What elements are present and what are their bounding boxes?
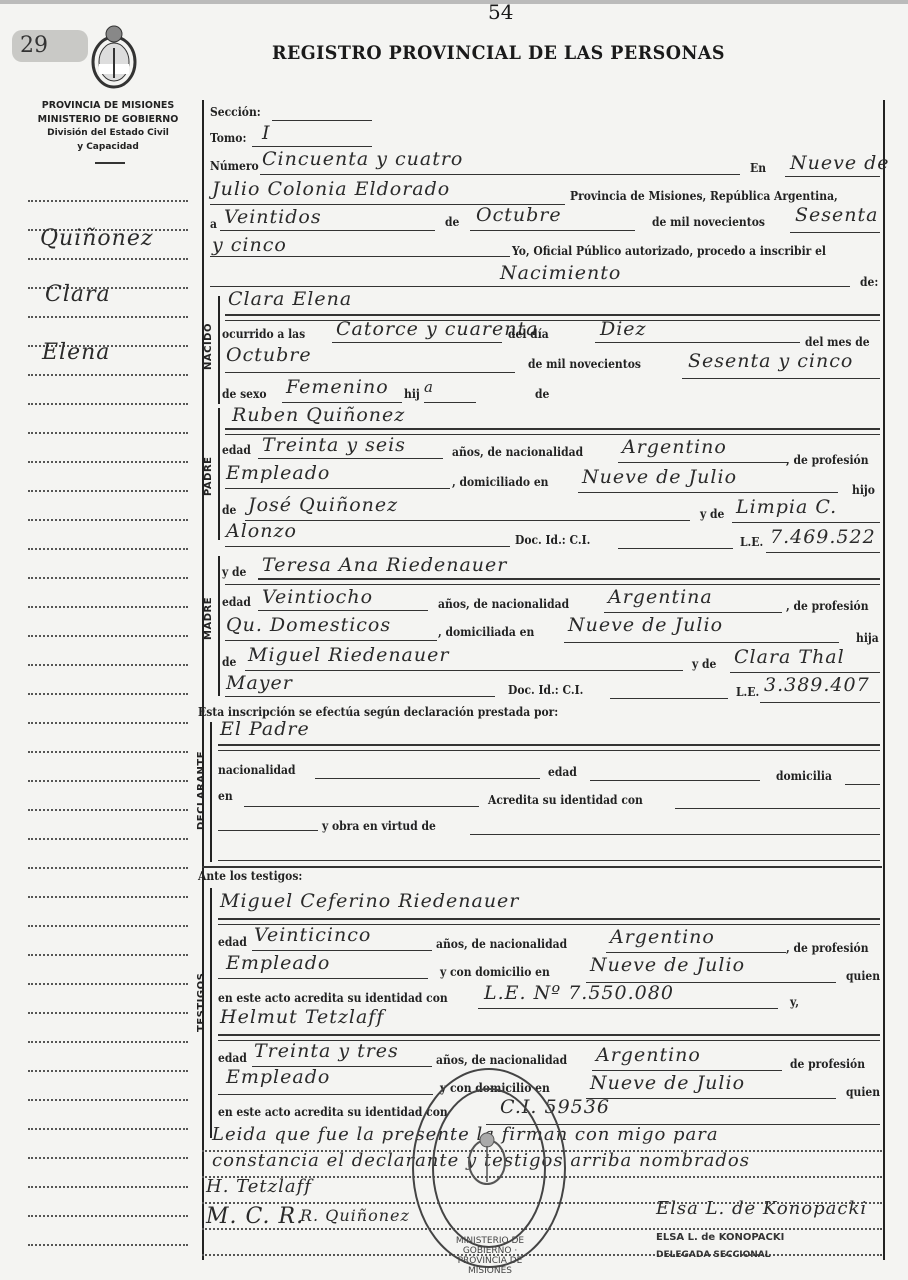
- margin-dotted-line: [28, 519, 188, 521]
- testigo1-domicilio-value: Nueve de Julio: [590, 954, 745, 976]
- testigo2-edad-label: edad: [218, 1050, 247, 1065]
- margin-dotted-line: [28, 548, 188, 550]
- madre-y-de2-label: y de: [692, 656, 716, 671]
- del-mes-label: del mes de: [805, 334, 870, 349]
- testigo1-domicilio-label: y con domicilio en: [440, 964, 550, 979]
- testigo1-nombre-field[interactable]: [218, 918, 880, 920]
- madre-nacionalidad-field[interactable]: [604, 612, 782, 613]
- testigos-section-label: TESTIGOS: [196, 973, 207, 1032]
- padre-nacionalidad-value: Argentino: [622, 436, 727, 458]
- frame-left: [202, 100, 204, 1260]
- hij-value: a: [424, 378, 434, 396]
- abuela-paterna-field-1[interactable]: [732, 522, 880, 523]
- sello-oficial-nombre: ELSA L. de KONOPACKI: [656, 1232, 784, 1243]
- padre-edad-label: edad: [222, 442, 251, 457]
- madre-domicilio-value: Nueve de Julio: [568, 614, 723, 636]
- testigo2-quien-label: quien: [846, 1084, 880, 1099]
- margin-dotted-line: [28, 461, 188, 463]
- margin-dotted-line: [28, 1215, 188, 1217]
- lugar-field-1[interactable]: [785, 176, 880, 177]
- padre-ci-field[interactable]: [618, 548, 733, 549]
- margin-dotted-line: [28, 577, 188, 579]
- testigo1-nacionalidad-field[interactable]: [606, 952, 786, 953]
- padre-section-label: PADRE: [203, 457, 214, 496]
- cierre-line-5: [202, 1254, 882, 1256]
- numero-field[interactable]: [260, 174, 740, 175]
- sexo-label: de sexo: [222, 386, 267, 401]
- madre-y-de-label: y de: [222, 564, 246, 579]
- declarante-en-label: en: [218, 788, 233, 803]
- testigo2-acredita-label: en este acto acredita su identidad con: [218, 1104, 448, 1119]
- padre-hijo-label: hijo: [852, 482, 875, 497]
- abuelo-materno-field[interactable]: [245, 670, 683, 671]
- margin-name-3: Elena: [42, 340, 110, 365]
- declarante-intro: Esta inscripción se efectúa según declar…: [198, 704, 558, 719]
- margin-dotted-line: [28, 1099, 188, 1101]
- madre-section-label: MADRE: [203, 597, 214, 640]
- madre-doc-label: Doc. Id.: C.I.: [508, 682, 583, 697]
- madre-de-label: de: [222, 654, 236, 669]
- testigo1-profesion-label: , de profesión: [786, 940, 869, 955]
- declarante-section-label: DECLARANTE: [196, 751, 207, 830]
- hora-field[interactable]: [332, 342, 502, 343]
- madre-nombre-field[interactable]: [258, 578, 880, 580]
- mes-value: Octubre: [476, 204, 562, 226]
- margin-dotted-line: [28, 983, 188, 985]
- anio-value-2: y cinco: [212, 234, 287, 256]
- nacido-nombre-field[interactable]: [225, 314, 880, 316]
- declarante-obra-field[interactable]: [470, 834, 880, 835]
- declarante-obra-label: y obra en virtud de: [322, 818, 436, 833]
- nacido-mil-label: de mil novecientos: [528, 356, 641, 371]
- de-colon-label: de:: [860, 274, 878, 289]
- testigo1-quien-label: quien: [846, 968, 880, 983]
- margin-dotted-line: [28, 896, 188, 898]
- margin-dotted-line: [28, 1041, 188, 1043]
- declarante-acredita-field[interactable]: [675, 808, 880, 809]
- padre-le-value: 7.469.522: [770, 526, 876, 548]
- testigo2-nacionalidad-field[interactable]: [592, 1070, 782, 1071]
- yo-text: Yo, Oficial Público autorizado, procedo …: [512, 243, 826, 258]
- margin-dotted-line: [28, 867, 188, 869]
- seal-text: MINISTERIO DE GOBIERNO · PROVINCIA DE MI…: [440, 1236, 540, 1276]
- nacido-nombre-value: Clara Elena: [228, 288, 352, 310]
- margin-name-2: Clara: [45, 282, 111, 307]
- madre-domicilio-field[interactable]: [564, 642, 839, 643]
- declarante-edad-label: edad: [548, 764, 577, 779]
- abuelo-paterno-value: José Quiñonez: [248, 494, 398, 516]
- abuelo-paterno-field[interactable]: [245, 520, 690, 521]
- testigo1-profesion-field[interactable]: [218, 978, 428, 979]
- padre-de-label: de: [222, 502, 236, 517]
- madre-edad-value: Veintiocho: [262, 586, 373, 608]
- ocurrido-label: ocurrido a las: [222, 326, 305, 341]
- testigo1-profesion-value: Empleado: [226, 952, 330, 974]
- margin-dotted-line: [28, 1070, 188, 1072]
- madre-profesion-label: , de profesión: [786, 598, 869, 613]
- abuela-materna-value-2: Mayer: [226, 672, 293, 694]
- margin-dotted-line: [28, 954, 188, 956]
- testigo1-nombre-value: Miguel Ceferino Riedenauer: [220, 890, 519, 912]
- firma-testigo-1: M. C. R.: [206, 1204, 304, 1229]
- testigo2-nombre-value: Helmut Tetzlaff: [220, 1006, 384, 1028]
- tomo-label: Tomo:: [210, 130, 246, 145]
- dia-field[interactable]: [220, 230, 435, 231]
- declarante-domicilia-field[interactable]: [845, 784, 880, 785]
- testigo1-edad-value: Veinticinco: [254, 924, 371, 946]
- madre-le-field[interactable]: [760, 702, 880, 703]
- testigo1-y-label: y,: [790, 994, 799, 1009]
- a-label: a: [210, 216, 217, 231]
- padre-le-field[interactable]: [766, 552, 880, 553]
- margin-dotted-line: [28, 200, 188, 202]
- testigo2-nombre-field[interactable]: [218, 1034, 880, 1036]
- document-title: REGISTRO PROVINCIAL DE LAS PERSONAS: [272, 42, 725, 64]
- margin-name-1: Quiñonez: [40, 226, 153, 251]
- hij-field[interactable]: [424, 402, 476, 403]
- mil-label: de mil novecientos: [652, 214, 765, 229]
- declarante-acredita-label: Acredita su identidad con: [488, 792, 643, 807]
- margin-dotted-line: [28, 403, 188, 405]
- padre-profesion-label: , de profesión: [786, 452, 869, 467]
- lugar-value-1: Nueve de: [790, 152, 890, 174]
- madre-edad-label: edad: [222, 594, 251, 609]
- abuela-paterna-value-2: Alonzo: [226, 520, 297, 542]
- sexo-field[interactable]: [282, 402, 402, 403]
- nacido-mes-value: Octubre: [226, 344, 312, 366]
- anio-field-2[interactable]: [210, 256, 510, 257]
- declarante-edad-field[interactable]: [590, 780, 760, 781]
- institution-line-4: y Capacidad: [18, 142, 198, 152]
- abuela-materna-value-1: Clara Thal: [734, 646, 845, 668]
- margin-dotted-line: [28, 693, 188, 695]
- abuela-materna-field-1[interactable]: [730, 672, 880, 673]
- madre-edad-field[interactable]: [258, 610, 428, 611]
- margin-dotted-line: [28, 490, 188, 492]
- madre-le-label: L.E.: [736, 684, 759, 699]
- madre-anios-label: años, de nacionalidad: [438, 596, 569, 611]
- declarante-nombre-value: El Padre: [220, 718, 310, 740]
- declarante-bottom-rule: [202, 866, 882, 868]
- testigo2-profesion-label: de profesión: [790, 1056, 865, 1071]
- declarante-double-line: [218, 750, 880, 751]
- provincia-text: Provincia de Misiones, República Argenti…: [570, 188, 838, 203]
- margin-dotted-line: [28, 1157, 188, 1159]
- madre-hija-label: hija: [856, 630, 879, 645]
- padre-domicilio-value: Nueve de Julio: [582, 466, 737, 488]
- testigo1-doc-value: L.E. Nº 7.550.080: [484, 982, 674, 1004]
- firma-testigo-2: H. Tetzlaff: [206, 1176, 312, 1197]
- testigo1-nacionalidad-value: Argentino: [610, 926, 715, 948]
- abuela-paterna-field-2[interactable]: [225, 546, 510, 547]
- margin-dotted-line: [28, 258, 188, 260]
- declarante-bracket: [210, 722, 212, 862]
- sexo-value: Femenino: [286, 376, 389, 398]
- madre-double-line: [225, 584, 880, 585]
- testigos-bracket: [210, 888, 212, 1138]
- abuela-materna-field-2[interactable]: [225, 696, 495, 697]
- seccion-field[interactable]: [272, 120, 372, 121]
- padre-domicilio-label: , domiciliado en: [452, 474, 548, 489]
- firma-oficial: Elsa L. de Konopacki: [656, 1198, 867, 1219]
- abuelo-materno-value: Miguel Riedenauer: [248, 644, 449, 666]
- declarante-acredita-field-2[interactable]: [218, 830, 318, 831]
- madre-ci-field[interactable]: [610, 698, 728, 699]
- margin-dotted-line: [28, 925, 188, 927]
- nacido-dia-value: Diez: [600, 318, 647, 340]
- margin-dotted-line: [28, 1244, 188, 1246]
- padre-profesion-field[interactable]: [225, 488, 450, 489]
- anio-field-1[interactable]: [790, 232, 880, 233]
- padre-doc-label: Doc. Id.: C.I.: [515, 532, 590, 547]
- nacido-dia-field[interactable]: [595, 342, 800, 343]
- seal-coat-of-arms-icon: [462, 1130, 512, 1190]
- madre-profesion-value: Qu. Domesticos: [226, 614, 391, 636]
- declarante-nacionalidad-field[interactable]: [315, 778, 540, 779]
- padre-anios-label: años, de nacionalidad: [452, 444, 583, 459]
- testigo2-domicilio-field[interactable]: [586, 1098, 836, 1099]
- nacido-de-label: de: [535, 386, 549, 401]
- nacido-anio-field[interactable]: [682, 378, 880, 379]
- testigos-intro: Ante los testigos:: [198, 868, 302, 883]
- padre-nacionalidad-field[interactable]: [618, 462, 788, 463]
- margin-dotted-line: [28, 432, 188, 434]
- page-number: 54: [488, 0, 513, 24]
- nacido-mes-field[interactable]: [225, 372, 515, 373]
- margin-dotted-line: [28, 635, 188, 637]
- margin-dotted-line: [28, 838, 188, 840]
- declarante-en-field[interactable]: [244, 806, 479, 807]
- madre-domicilio-label: , domiciliada en: [438, 624, 534, 639]
- firma-declarante: R. Quiñonez: [300, 1206, 410, 1225]
- declarante-obra-field-2[interactable]: [218, 860, 880, 861]
- padre-y-de-label: y de: [700, 506, 724, 521]
- padre-profesion-value: Empleado: [226, 462, 330, 484]
- testigo1-doc-field[interactable]: [478, 1008, 778, 1009]
- abuela-paterna-value-1: Limpia C.: [736, 496, 837, 518]
- en-label: En: [750, 160, 766, 175]
- lugar-value-2: Julio Colonia Eldorado: [212, 178, 450, 200]
- testigo1-anios-label: años, de nacionalidad: [436, 936, 567, 951]
- testigo2-profesion-value: Empleado: [226, 1066, 330, 1088]
- margin-dotted-line: [28, 1186, 188, 1188]
- nacido-bracket: [218, 296, 220, 404]
- margin-dotted-line: [28, 316, 188, 318]
- madre-bracket: [218, 556, 220, 696]
- testigo2-profesion-field[interactable]: [218, 1094, 433, 1095]
- testigo1-acredita-label: en este acto acredita su identidad con: [218, 990, 448, 1005]
- tomo-value: I: [262, 122, 271, 144]
- folio-stamp: 29: [12, 30, 88, 62]
- padre-edad-field[interactable]: [258, 458, 443, 459]
- margin-dotted-line: [28, 722, 188, 724]
- margin-dotted-line: [28, 374, 188, 376]
- institution-line-3: División del Estado Civil: [18, 128, 198, 138]
- margin-dotted-line: [28, 1012, 188, 1014]
- tomo-field[interactable]: [252, 146, 372, 147]
- madre-nombre-value: Teresa Ana Riedenauer: [262, 554, 507, 576]
- madre-nacionalidad-value: Argentina: [608, 586, 713, 608]
- margin-dotted-line: [28, 751, 188, 753]
- testigo1-edad-label: edad: [218, 934, 247, 949]
- margin-dotted-line: [28, 664, 188, 666]
- mes-field[interactable]: [470, 230, 635, 231]
- institution-line-1: PROVINCIA DE MISIONES: [18, 100, 198, 111]
- declarante-nacionalidad-label: nacionalidad: [218, 762, 296, 777]
- anio-value-1: Sesenta: [795, 204, 878, 226]
- frame-right: [883, 100, 885, 1260]
- sello-oficial-cargo: DELEGADA SECCIONAL: [656, 1250, 771, 1260]
- margin-dotted-line: [28, 780, 188, 782]
- dia-value: Veintidos: [224, 206, 322, 228]
- institution-line-2: MINISTERIO DE GOBIERNO: [18, 114, 198, 125]
- testigo2-domicilio-value: Nueve de Julio: [590, 1072, 745, 1094]
- nacido-double-line: [225, 320, 880, 321]
- de-label: de: [445, 214, 459, 229]
- margin-dotted-line: [28, 809, 188, 811]
- coat-of-arms-icon: [88, 22, 140, 90]
- margin-dotted-line: [28, 1128, 188, 1130]
- institution-underline: [95, 162, 125, 164]
- testigo2-nacionalidad-value: Argentino: [596, 1044, 701, 1066]
- acto-value: Nacimiento: [500, 262, 621, 284]
- del-dia-label: del día: [508, 326, 549, 341]
- testigo2-anios-label: años, de nacionalidad: [436, 1052, 567, 1067]
- nacido-section-label: NACIDO: [203, 323, 214, 370]
- seccion-label: Sección:: [210, 104, 261, 119]
- madre-profesion-field[interactable]: [225, 640, 437, 641]
- acto-field[interactable]: [210, 286, 850, 287]
- declarante-domicilia-label: domicilia: [776, 768, 832, 783]
- margin-dotted-line: [28, 606, 188, 608]
- numero-label: Número: [210, 158, 259, 173]
- numero-value: Cincuenta y cuatro: [262, 148, 463, 170]
- nacido-anio-value: Sesenta y cinco: [688, 350, 853, 372]
- padre-bracket: [218, 408, 220, 540]
- padre-nombre-field[interactable]: [225, 428, 880, 430]
- padre-nombre-value: Ruben Quiñonez: [232, 404, 405, 426]
- testigo2-edad-value: Treinta y tres: [254, 1040, 399, 1062]
- scan-top-edge: [0, 0, 908, 4]
- padre-domicilio-field[interactable]: [578, 492, 838, 493]
- madre-le-value: 3.389.407: [764, 674, 870, 696]
- hij-label: hij: [404, 386, 420, 401]
- padre-edad-value: Treinta y seis: [262, 434, 406, 456]
- padre-le-label: L.E.: [740, 534, 763, 549]
- testigo1-edad-field[interactable]: [252, 950, 432, 951]
- declarante-nombre-field[interactable]: [218, 744, 880, 746]
